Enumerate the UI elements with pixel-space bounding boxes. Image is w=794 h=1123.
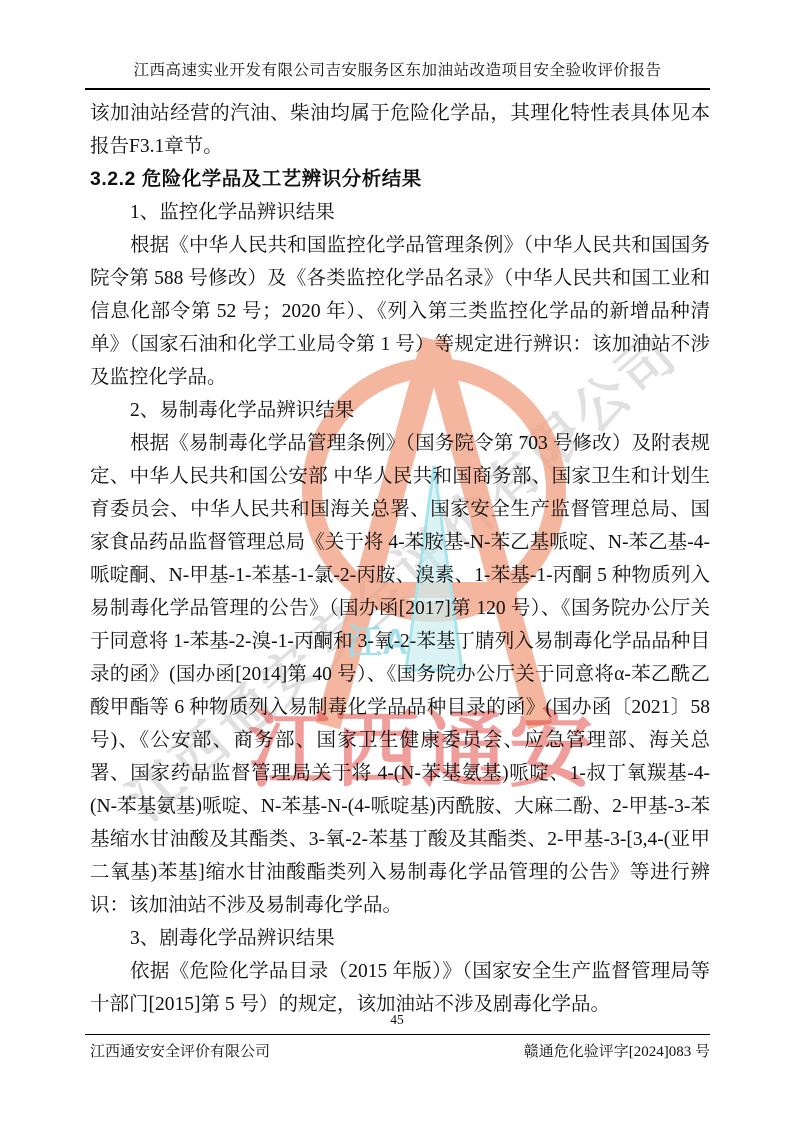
item-2-title: 2、易制毒化学品辨识结果 — [90, 394, 710, 427]
document-body: 该加油站经营的汽油、柴油均属于危险化学品，其理化特性表具体见本报告F3.1章节。… — [90, 97, 710, 1021]
footer-rule — [85, 1034, 710, 1035]
report-page: 江西通安安全评价有限公司 江A 江西通安 江西高速实业开发有限公司吉安服务区东加… — [0, 0, 794, 1123]
item-1-title: 1、监控化学品辨识结果 — [90, 196, 710, 229]
footer-company: 江西通安安全评价有限公司 — [90, 1040, 270, 1061]
section-heading: 3.2.2 危险化学品及工艺辨识分析结果 — [90, 163, 710, 196]
page-header-title: 江西高速实业开发有限公司吉安服务区东加油站改造项目安全验收评价报告 — [85, 58, 710, 80]
item-2-paragraph: 根据《易制毒化学品管理条例》（国务院令第 703 号修改）及附表规定、中华人民共… — [90, 427, 710, 922]
footer-doc-number: 赣通危化验评字[2024]083 号 — [524, 1040, 710, 1061]
page-number: 45 — [0, 1012, 794, 1028]
header-rule — [85, 88, 710, 90]
intro-paragraph: 该加油站经营的汽油、柴油均属于危险化学品，其理化特性表具体见本报告F3.1章节。 — [90, 97, 710, 163]
item-1-paragraph: 根据《中华人民共和国监控化学品管理条例》（中华人民共和国国务院令第 588 号修… — [90, 229, 710, 394]
page-footer: 江西通安安全评价有限公司 赣通危化验评字[2024]083 号 — [90, 1040, 710, 1061]
item-3-title: 3、剧毒化学品辨识结果 — [90, 922, 710, 955]
